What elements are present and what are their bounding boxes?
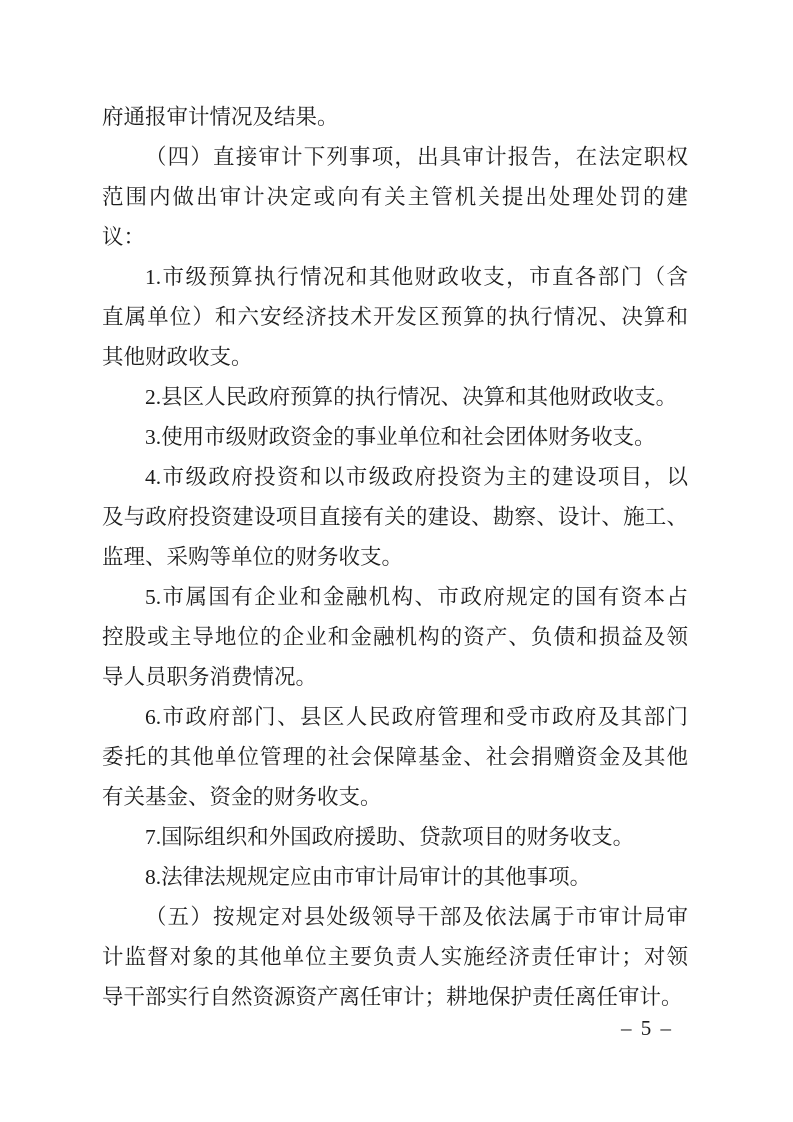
document-line: （五）按规定对县处级领导干部及依法属于市审计局审 xyxy=(102,897,688,937)
document-line: 1.市级预算执行情况和其他财政收支，市直各部门（含 xyxy=(102,257,688,297)
document-line: 导人员职务消费情况。 xyxy=(102,657,688,697)
document-line: 导干部实行自然资源资产离任审计；耕地保护责任离任审计。 xyxy=(102,977,688,1017)
document-line: 6.市政府部门、县区人民政府管理和受市政府及其部门 xyxy=(102,697,688,737)
document-line: 8.法律法规规定应由市审计局审计的其他事项。 xyxy=(102,857,688,897)
document-line: 范围内做出审计决定或向有关主管机关提出处理处罚的建 xyxy=(102,177,688,217)
document-line: （四）直接审计下列事项，出具审计报告，在法定职权 xyxy=(102,137,688,177)
document-line: 2.县区人民政府预算的执行情况、决算和其他财政收支。 xyxy=(102,377,688,417)
document-line: 其他财政收支。 xyxy=(102,337,688,377)
document-line: 7.国际组织和外国政府援助、贷款项目的财务收支。 xyxy=(102,817,688,857)
document-line: 4.市级政府投资和以市级政府投资为主的建设项目，以 xyxy=(102,457,688,497)
document-line: 议： xyxy=(102,217,688,257)
document-line: 及与政府投资建设项目直接有关的建设、勘察、设计、施工、 xyxy=(102,497,688,537)
document-page: 府通报审计情况及结果。（四）直接审计下列事项，出具审计报告，在法定职权范围内做出… xyxy=(0,0,793,1122)
document-line: 府通报审计情况及结果。 xyxy=(102,97,688,137)
document-text-block: 府通报审计情况及结果。（四）直接审计下列事项，出具审计报告，在法定职权范围内做出… xyxy=(102,97,688,1017)
document-line: 委托的其他单位管理的社会保障基金、社会捐赠资金及其他 xyxy=(102,737,688,777)
document-line: 计监督对象的其他单位主要负责人实施经济责任审计；对领 xyxy=(102,937,688,977)
document-line: 3.使用市级财政资金的事业单位和社会团体财务收支。 xyxy=(102,417,688,457)
document-line: 监理、采购等单位的财务收支。 xyxy=(102,537,688,577)
page-number: – 5 – xyxy=(621,1016,673,1040)
document-line: 控股或主导地位的企业和金融机构的资产、负债和损益及领 xyxy=(102,617,688,657)
document-line: 5.市属国有企业和金融机构、市政府规定的国有资本占 xyxy=(102,577,688,617)
document-line: 有关基金、资金的财务收支。 xyxy=(102,777,688,817)
document-line: 直属单位）和六安经济技术开发区预算的执行情况、决算和 xyxy=(102,297,688,337)
